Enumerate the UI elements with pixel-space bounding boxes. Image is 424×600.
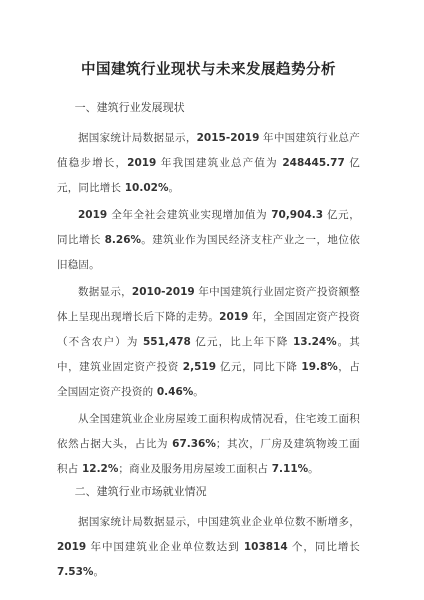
document-page: 中国建筑行业现状与未来发展趋势分析 一、建筑行业发展现状 据国家统计局数据显示，… (0, 0, 424, 600)
statistic-value: 2015-2019 (197, 132, 260, 144)
statistic-value: 70,904.3 (271, 209, 323, 221)
paragraph-enterprise-count: 据国家统计局数据显示，中国建筑业企业单位数不断增多，2019 年中国建筑业企业单… (57, 510, 360, 585)
text-run: 个，同比增长 (288, 541, 360, 553)
section-development-status: 一、建筑行业发展现状 据国家统计局数据显示，2015-2019 年中国建筑行业总… (57, 100, 360, 482)
text-run: 亿元，同比下降 (216, 361, 301, 373)
statistic-value: 103814 (244, 541, 288, 553)
text-run: 。 (93, 566, 104, 578)
paragraph-total-output: 据国家统计局数据显示，2015-2019 年中国建筑行业总产值稳步增长，2019… (57, 126, 360, 201)
text-run: 。 (308, 463, 319, 475)
text-run: 数据显示， (78, 286, 132, 298)
text-run: 亿元，比上年下降 (191, 336, 293, 348)
paragraph-fixed-asset-investment: 数据显示，2010-2019 年中国建筑行业固定资产投资额整体上呈现出现增长后下… (57, 280, 360, 405)
text-run: ；商业及服务用房屋竣工面积占 (118, 463, 271, 475)
paragraph-completed-floor-area: 从全国建筑业企业房屋竣工面积构成情况看，住宅竣工面积依然占据大头，占比为 67.… (57, 407, 360, 482)
statistic-value: 2019 (57, 541, 86, 553)
statistic-value: 12.2% (82, 463, 118, 475)
section-market-employment: 二、建筑行业市场就业情况 据国家统计局数据显示，中国建筑业企业单位数不断增多，2… (57, 484, 360, 585)
statistic-value: 0.46% (157, 386, 193, 398)
statistic-value: 67.36% (172, 438, 216, 450)
text-run: 。 (193, 386, 204, 398)
text-run: 据国家统计局数据显示，中国建筑业企业单位数不断增多， (78, 516, 360, 528)
section-2-heading: 二、建筑行业市场就业情况 (57, 484, 360, 500)
text-run: 全年全社会建筑业实现增加值为 (107, 209, 271, 221)
statistic-value: 2,519 (183, 361, 216, 373)
paragraph-added-value: 2019 全年全社会建筑业实现增加值为 70,904.3 亿元，同比增长 8.2… (57, 203, 360, 278)
statistic-value: 13.24% (293, 336, 337, 348)
statistic-value: 19.8% (301, 361, 337, 373)
statistic-value: 2010-2019 (132, 286, 195, 298)
statistic-value: 2019 (127, 157, 156, 169)
statistic-value: 551,478 (143, 336, 191, 348)
text-run: 据国家统计局数据显示， (78, 132, 197, 144)
text-run: 年我国建筑业总产值为 (156, 157, 282, 169)
statistic-value: 7.53% (57, 566, 93, 578)
statistic-value: 10.02% (125, 182, 169, 194)
text-run: 年中国建筑业企业单位数达到 (86, 541, 244, 553)
statistic-value: 248445.77 (282, 157, 344, 169)
statistic-value: 7.11% (272, 463, 308, 475)
document-title: 中国建筑行业现状与未来发展趋势分析 (57, 60, 360, 80)
statistic-value: 2019 (219, 311, 248, 323)
text-run: 。 (168, 182, 179, 194)
statistic-value: 2019 (78, 209, 107, 221)
statistic-value: 8.26% (105, 234, 141, 246)
section-1-heading: 一、建筑行业发展现状 (57, 100, 360, 116)
